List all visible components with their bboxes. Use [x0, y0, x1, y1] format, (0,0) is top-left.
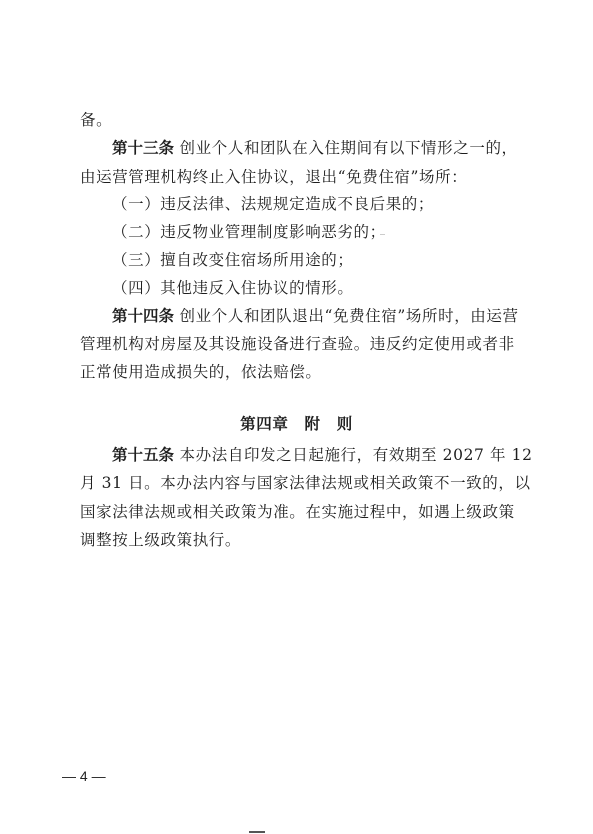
scan-artifact	[380, 234, 385, 235]
article-13-line: 第十三条 创业个人和团队在入住期间有以下情形之一的，	[112, 138, 514, 158]
list-item: （一）违反法律、法规规定造成不良后果的；	[112, 194, 546, 214]
article-label: 第十五条	[112, 446, 174, 464]
paragraph-line: 由运营管理机构终止入住协议，退出“免费住宿”场所：	[80, 167, 514, 187]
article-label: 第十三条	[112, 139, 174, 157]
scan-artifact	[249, 831, 265, 833]
paragraph-line: 备。	[80, 110, 514, 130]
list-item: （二）违反物业管理制度影响恶劣的；	[112, 222, 546, 242]
paragraph-line: 国家法律法规或相关政策为准。在实施过程中，如遇上级政策	[80, 502, 514, 522]
paragraph-line: 调整按上级政策执行。	[80, 530, 514, 550]
article-15-line: 第十五条 本办法自印发之日起施行，有效期至 2027 年 12	[112, 445, 514, 465]
page-number: — 4 —	[62, 768, 106, 784]
article-label: 第十四条	[112, 307, 174, 325]
list-item: （四）其他违反入住协议的情形。	[112, 278, 546, 298]
article-14-line: 第十四条 创业个人和团队退出“免费住宿”场所时，由运营	[112, 306, 514, 326]
paragraph-line: 正常使用造成损失的，依法赔偿。	[80, 362, 514, 382]
chapter-heading: 第四章 附 则	[0, 414, 593, 434]
paragraph-line: 月 31 日。本办法内容与国家法律法规或相关政策不一致的，以	[80, 473, 514, 493]
list-item: （三）擅自改变住宿场所用途的；	[112, 250, 546, 270]
paragraph-line: 管理机构对房屋及其设施设备进行查验。违反约定使用或者非	[80, 334, 514, 354]
